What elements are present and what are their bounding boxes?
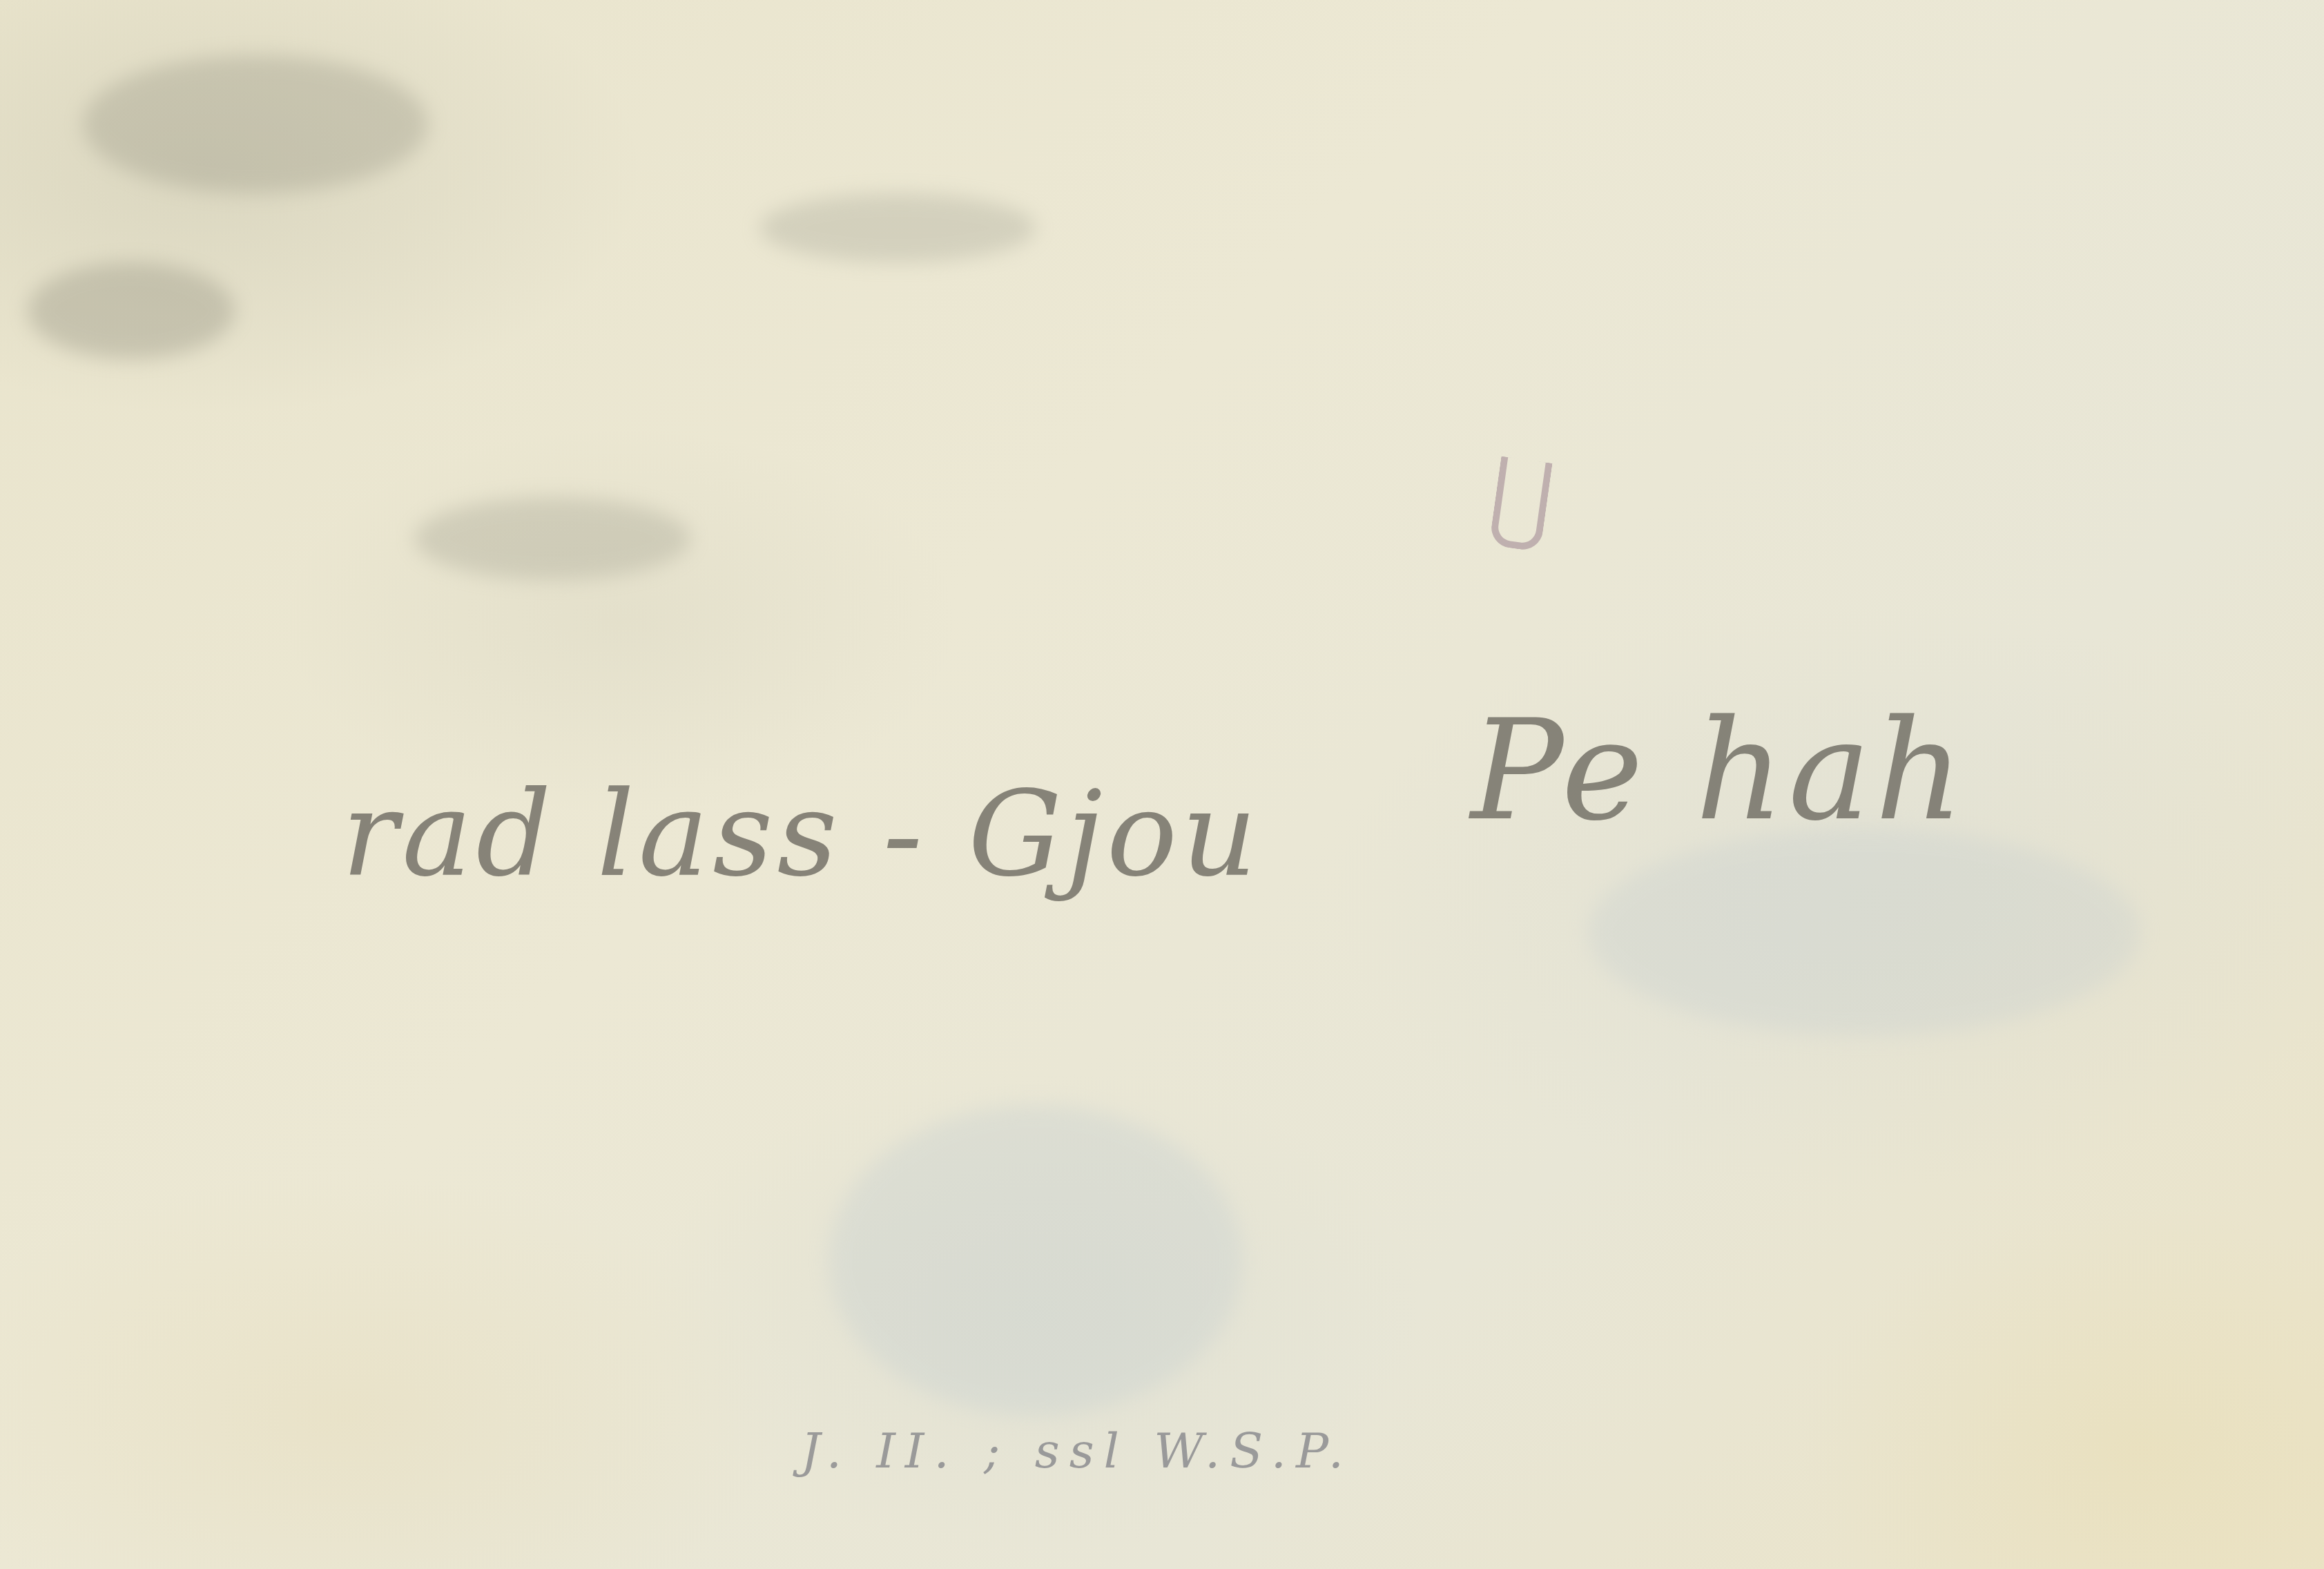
handwritten-signature: Pe hah bbox=[1471, 691, 1968, 851]
paper-sheet: rad lass - Gjou Pe hah J. II. ; ssl W.S.… bbox=[0, 0, 2324, 1569]
graphite-smudge bbox=[414, 497, 690, 580]
water-stain bbox=[1588, 829, 2140, 1036]
graphite-smudge bbox=[759, 193, 1036, 262]
handwritten-faint-note: J. II. ; ssl W.S.P. bbox=[801, 1423, 1353, 1479]
water-stain bbox=[829, 1105, 1243, 1416]
handwritten-line: rad lass - Gjou bbox=[342, 767, 1261, 903]
purple-mark bbox=[1489, 456, 1552, 552]
graphite-smudge bbox=[28, 262, 235, 359]
graphite-smudge bbox=[83, 55, 428, 193]
